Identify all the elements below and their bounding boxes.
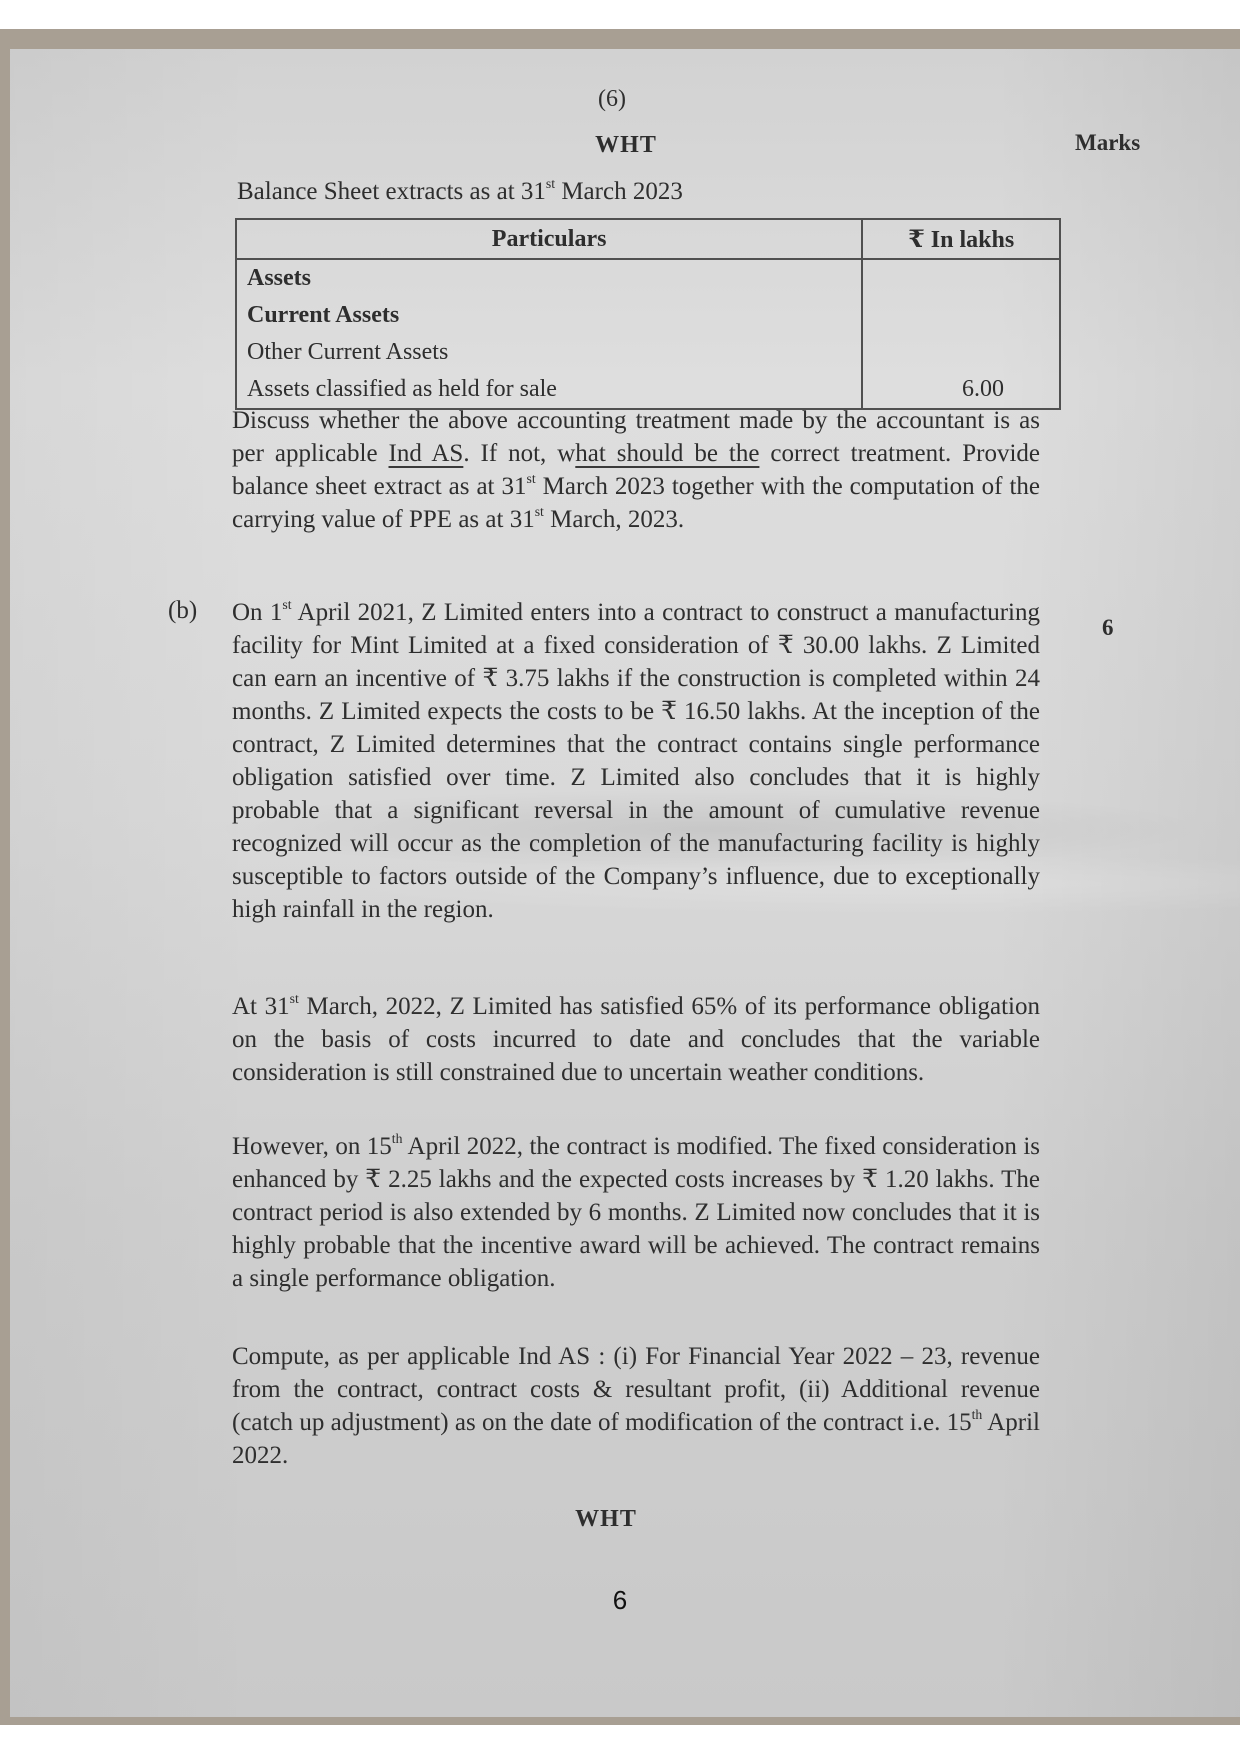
row-value — [862, 334, 1060, 371]
footer-code: WHT — [575, 1506, 637, 1533]
part-b-paragraph-2: At 31st March, 2022, Z Limited has satis… — [232, 990, 1040, 1089]
underlined-text: hat should be the — [575, 440, 759, 467]
table-row: Assets — [236, 259, 1060, 297]
part-b-paragraph-1: On 1st April 2021, Z Limited enters into… — [232, 596, 1040, 926]
table-header-row: Particulars ₹ In lakhs — [236, 219, 1060, 259]
part-b-paragraph-3: However, on 15th April 2022, the contrac… — [232, 1130, 1040, 1295]
question-marks-b: 6 — [1102, 615, 1114, 641]
text: April 2021, Z Limited enters into a cont… — [232, 599, 1040, 923]
underlined-text: Ind AS — [389, 440, 464, 467]
balance-sheet-table: Particulars ₹ In lakhs Assets Current As… — [235, 218, 1061, 410]
header-page-number: (6) — [598, 86, 626, 113]
caption-text-suffix: March 2023 — [555, 178, 683, 205]
sup: th — [392, 1131, 403, 1146]
text: On 1 — [232, 599, 282, 626]
header-amount: ₹ In lakhs — [862, 219, 1060, 259]
footer-page-number: 6 — [613, 1585, 627, 1616]
row-label: Other Current Assets — [236, 334, 862, 371]
text: However, on 15 — [232, 1133, 392, 1160]
row-value — [862, 259, 1060, 297]
row-label: Current Assets — [236, 297, 862, 334]
row-value — [862, 297, 1060, 334]
table-row: Other Current Assets — [236, 334, 1060, 371]
text: . If not, w — [463, 440, 575, 467]
sup: th — [972, 1407, 983, 1422]
text: At 31 — [232, 993, 290, 1020]
sup: st — [290, 991, 299, 1006]
sup: st — [282, 597, 291, 612]
caption-text: Balance Sheet extracts as at 31 — [237, 178, 546, 205]
sup: st — [535, 504, 544, 519]
question-label-b: (b) — [168, 597, 197, 625]
table-caption: Balance Sheet extracts as at 31st March … — [237, 178, 683, 206]
sup: st — [526, 471, 535, 486]
text: March, 2023. — [544, 506, 684, 533]
text: March, 2022, Z Limited has satisfied 65%… — [232, 993, 1040, 1086]
caption-sup: st — [546, 176, 555, 191]
part-b-paragraph-4: Compute, as per applicable Ind AS : (i) … — [232, 1340, 1040, 1472]
marks-column-label: Marks — [1075, 130, 1140, 156]
text: Compute, as per applicable Ind AS : (i) … — [232, 1343, 1040, 1436]
header-particulars: Particulars — [236, 219, 862, 259]
part-a-question: Discuss whether the above accounting tre… — [232, 404, 1040, 536]
row-label: Assets — [236, 259, 862, 297]
header-code: WHT — [595, 132, 657, 159]
table-row: Current Assets — [236, 297, 1060, 334]
